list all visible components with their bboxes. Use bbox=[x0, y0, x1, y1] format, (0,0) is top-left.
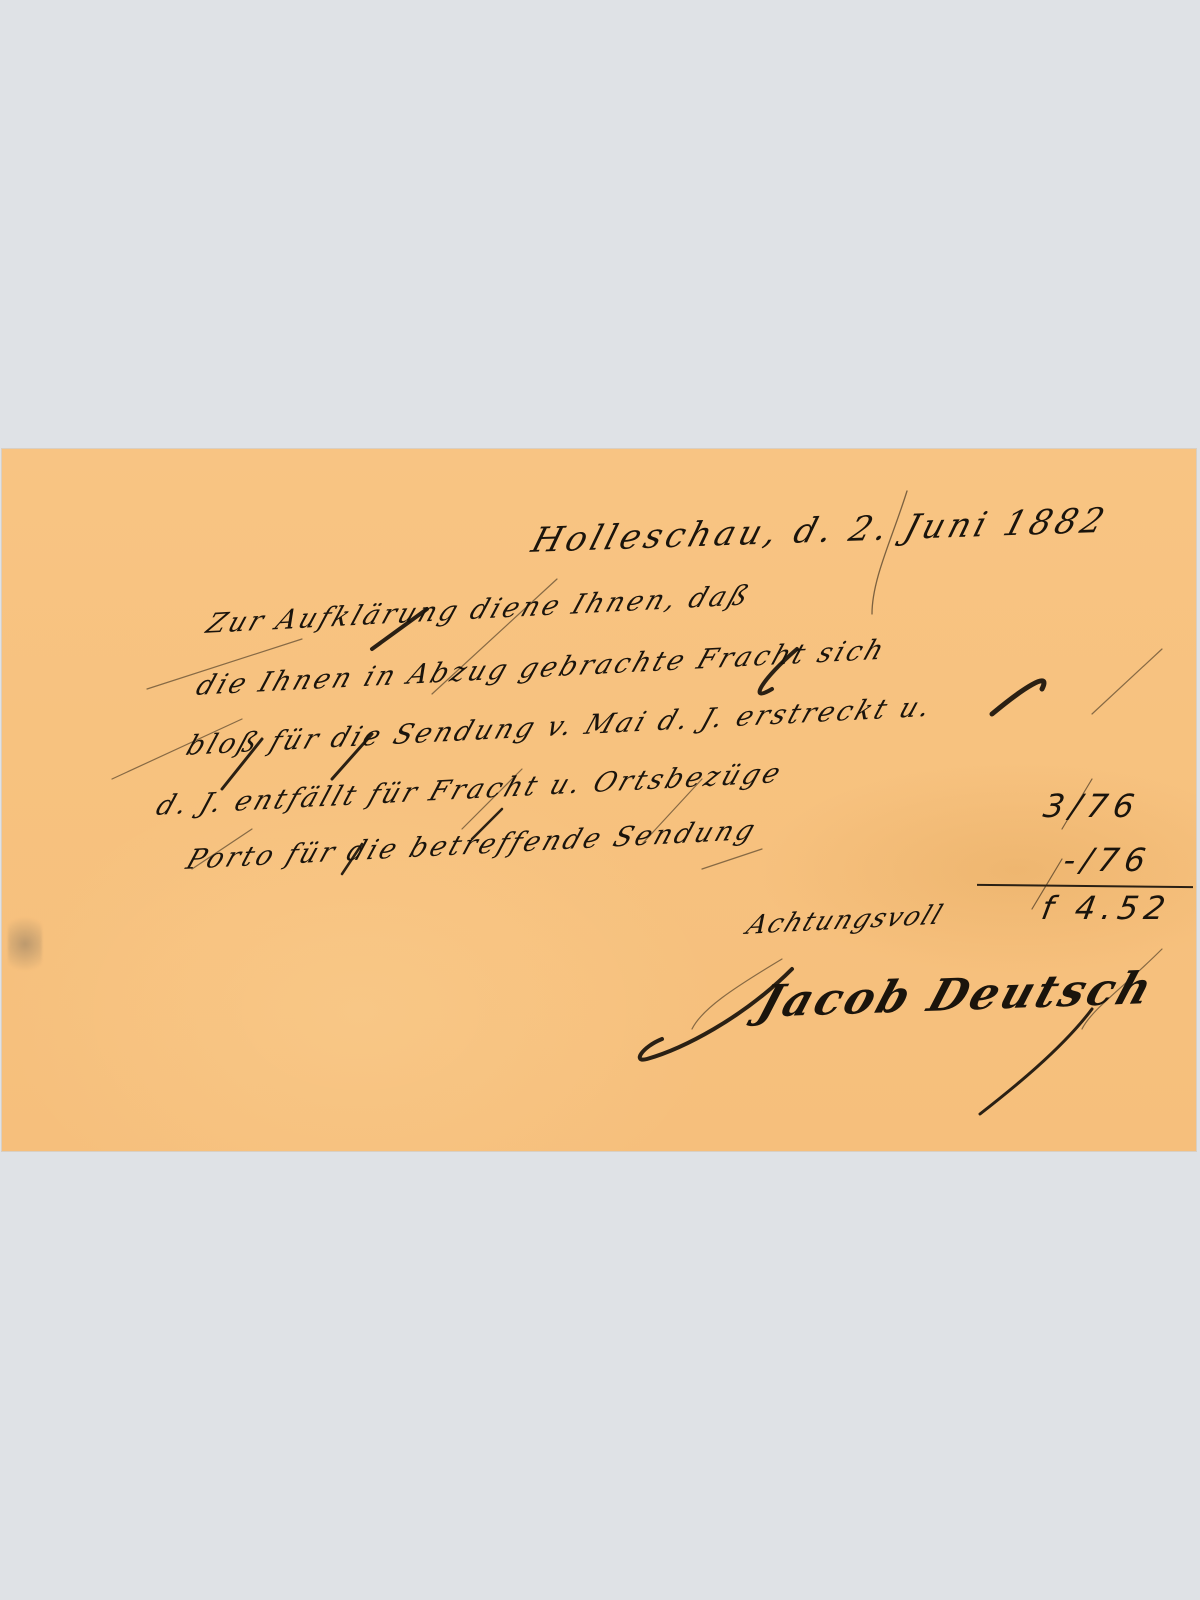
place-date: Holleschau, d. 2. Juni 1882 bbox=[527, 501, 1113, 561]
amount-postage: -/76 bbox=[1061, 841, 1155, 879]
amount-total: f 4.52 bbox=[1039, 889, 1174, 927]
sum-rule bbox=[977, 884, 1193, 888]
body-line-4: d. J. entfällt für Fracht u. Ortsbezüge bbox=[152, 758, 787, 822]
closing-salutation: Achtungsvoll bbox=[742, 900, 948, 941]
page-background: Holleschau, d. 2. Juni 1882 Zur Aufkläru… bbox=[0, 0, 1200, 1600]
postcard: Holleschau, d. 2. Juni 1882 Zur Aufkläru… bbox=[2, 449, 1196, 1151]
body-line-5: Porto für die betreffende Sendung bbox=[182, 815, 762, 876]
signature: Jacob Deutsch bbox=[752, 963, 1161, 1028]
body-line-2: die Ihnen in Abzug gebrachte Fracht sich bbox=[192, 634, 891, 702]
body-line-1: Zur Aufklärung diene Ihnen, daß bbox=[202, 580, 756, 640]
ink-smudge bbox=[8, 909, 42, 979]
body-line-3: bloß für die Sendung v. Mai d. J. erstre… bbox=[182, 691, 938, 762]
amount-freight: 3/76 bbox=[1041, 787, 1144, 825]
